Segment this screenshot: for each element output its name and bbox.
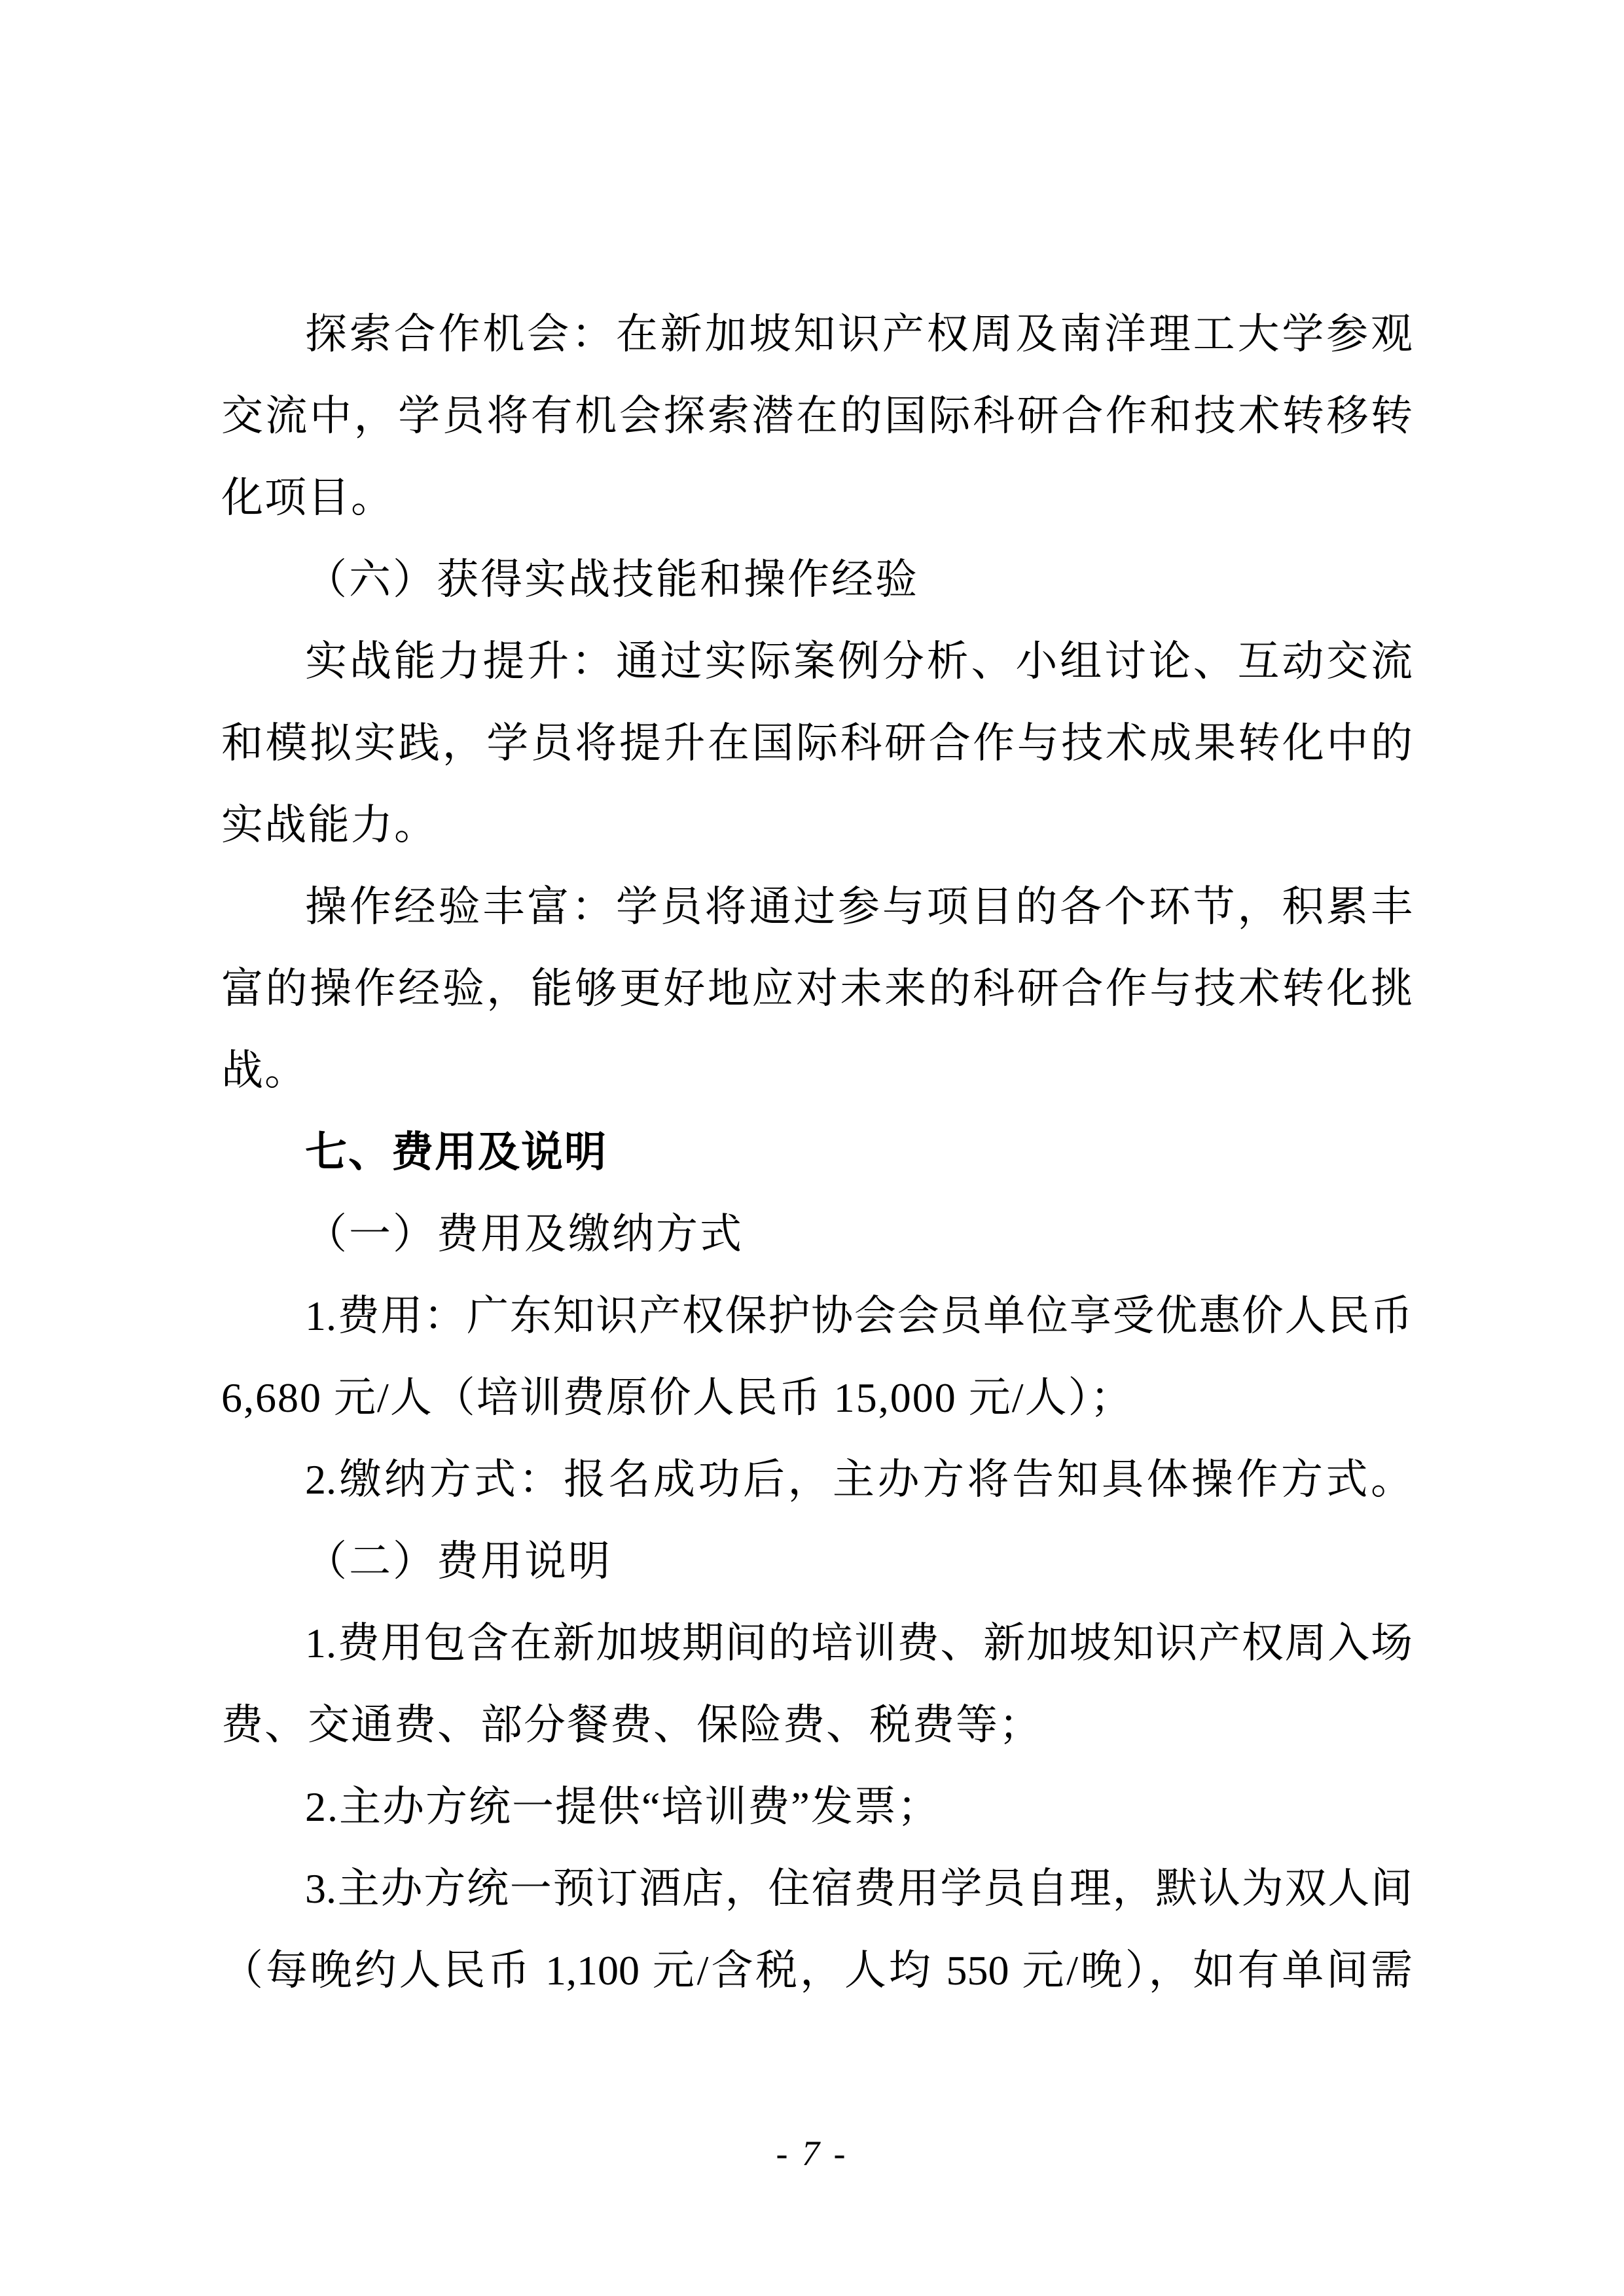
- body-line: 战。: [221, 1030, 1413, 1111]
- body-line: 6,680 元/人（培训费原价人民币 15,000 元/人）；: [221, 1357, 1413, 1439]
- body-line: （每晚约人民币 1,100 元/含税，人均 550 元/晚），如有单间需: [221, 1929, 1413, 2011]
- text-block: 探索合作机会：在新加坡知识产权周及南洋理工大学参观 交流中，学员将有机会探索潜在…: [221, 293, 1413, 2011]
- body-line: 交流中，学员将有机会探索潜在的国际科研合作和技术转移转: [221, 375, 1413, 457]
- sub-heading-one: （一）费用及缴纳方式: [221, 1193, 1413, 1275]
- body-line: 3.主办方统一预订酒店，住宿费用学员自理，默认为双人间: [221, 1848, 1413, 1929]
- body-line: 1.费用包含在新加坡期间的培训费、新加坡知识产权周入场: [221, 1602, 1413, 1684]
- body-line: 1.费用：广东知识产权保护协会会员单位享受优惠价人民币: [221, 1275, 1413, 1357]
- body-line: 2.主办方统一提供“培训费”发票；: [221, 1766, 1413, 1848]
- body-line: 化项目。: [221, 457, 1413, 539]
- body-line: 探索合作机会：在新加坡知识产权周及南洋理工大学参观: [221, 293, 1413, 375]
- document-page: 探索合作机会：在新加坡知识产权周及南洋理工大学参观 交流中，学员将有机会探索潜在…: [0, 0, 1624, 2296]
- sub-heading-two: （二）费用说明: [221, 1520, 1413, 1602]
- body-line: 富的操作经验，能够更好地应对未来的科研合作与技术转化挑: [221, 948, 1413, 1030]
- sub-heading-six: （六）获得实战技能和操作经验: [221, 539, 1413, 620]
- body-line: 费、交通费、部分餐费、保险费、税费等；: [221, 1684, 1413, 1766]
- body-line: 和模拟实践，学员将提升在国际科研合作与技术成果转化中的: [221, 702, 1413, 784]
- body-line: 实战能力。: [221, 784, 1413, 866]
- body-line: 2.缴纳方式：报名成功后，主办方将告知具体操作方式。: [221, 1439, 1413, 1520]
- body-line: 操作经验丰富：学员将通过参与项目的各个环节，积累丰: [221, 866, 1413, 948]
- body-line: 实战能力提升：通过实际案例分析、小组讨论、互动交流: [221, 620, 1413, 702]
- section-heading-fees: 七、费用及说明: [221, 1111, 1413, 1193]
- page-number: - 7 -: [0, 2113, 1624, 2195]
